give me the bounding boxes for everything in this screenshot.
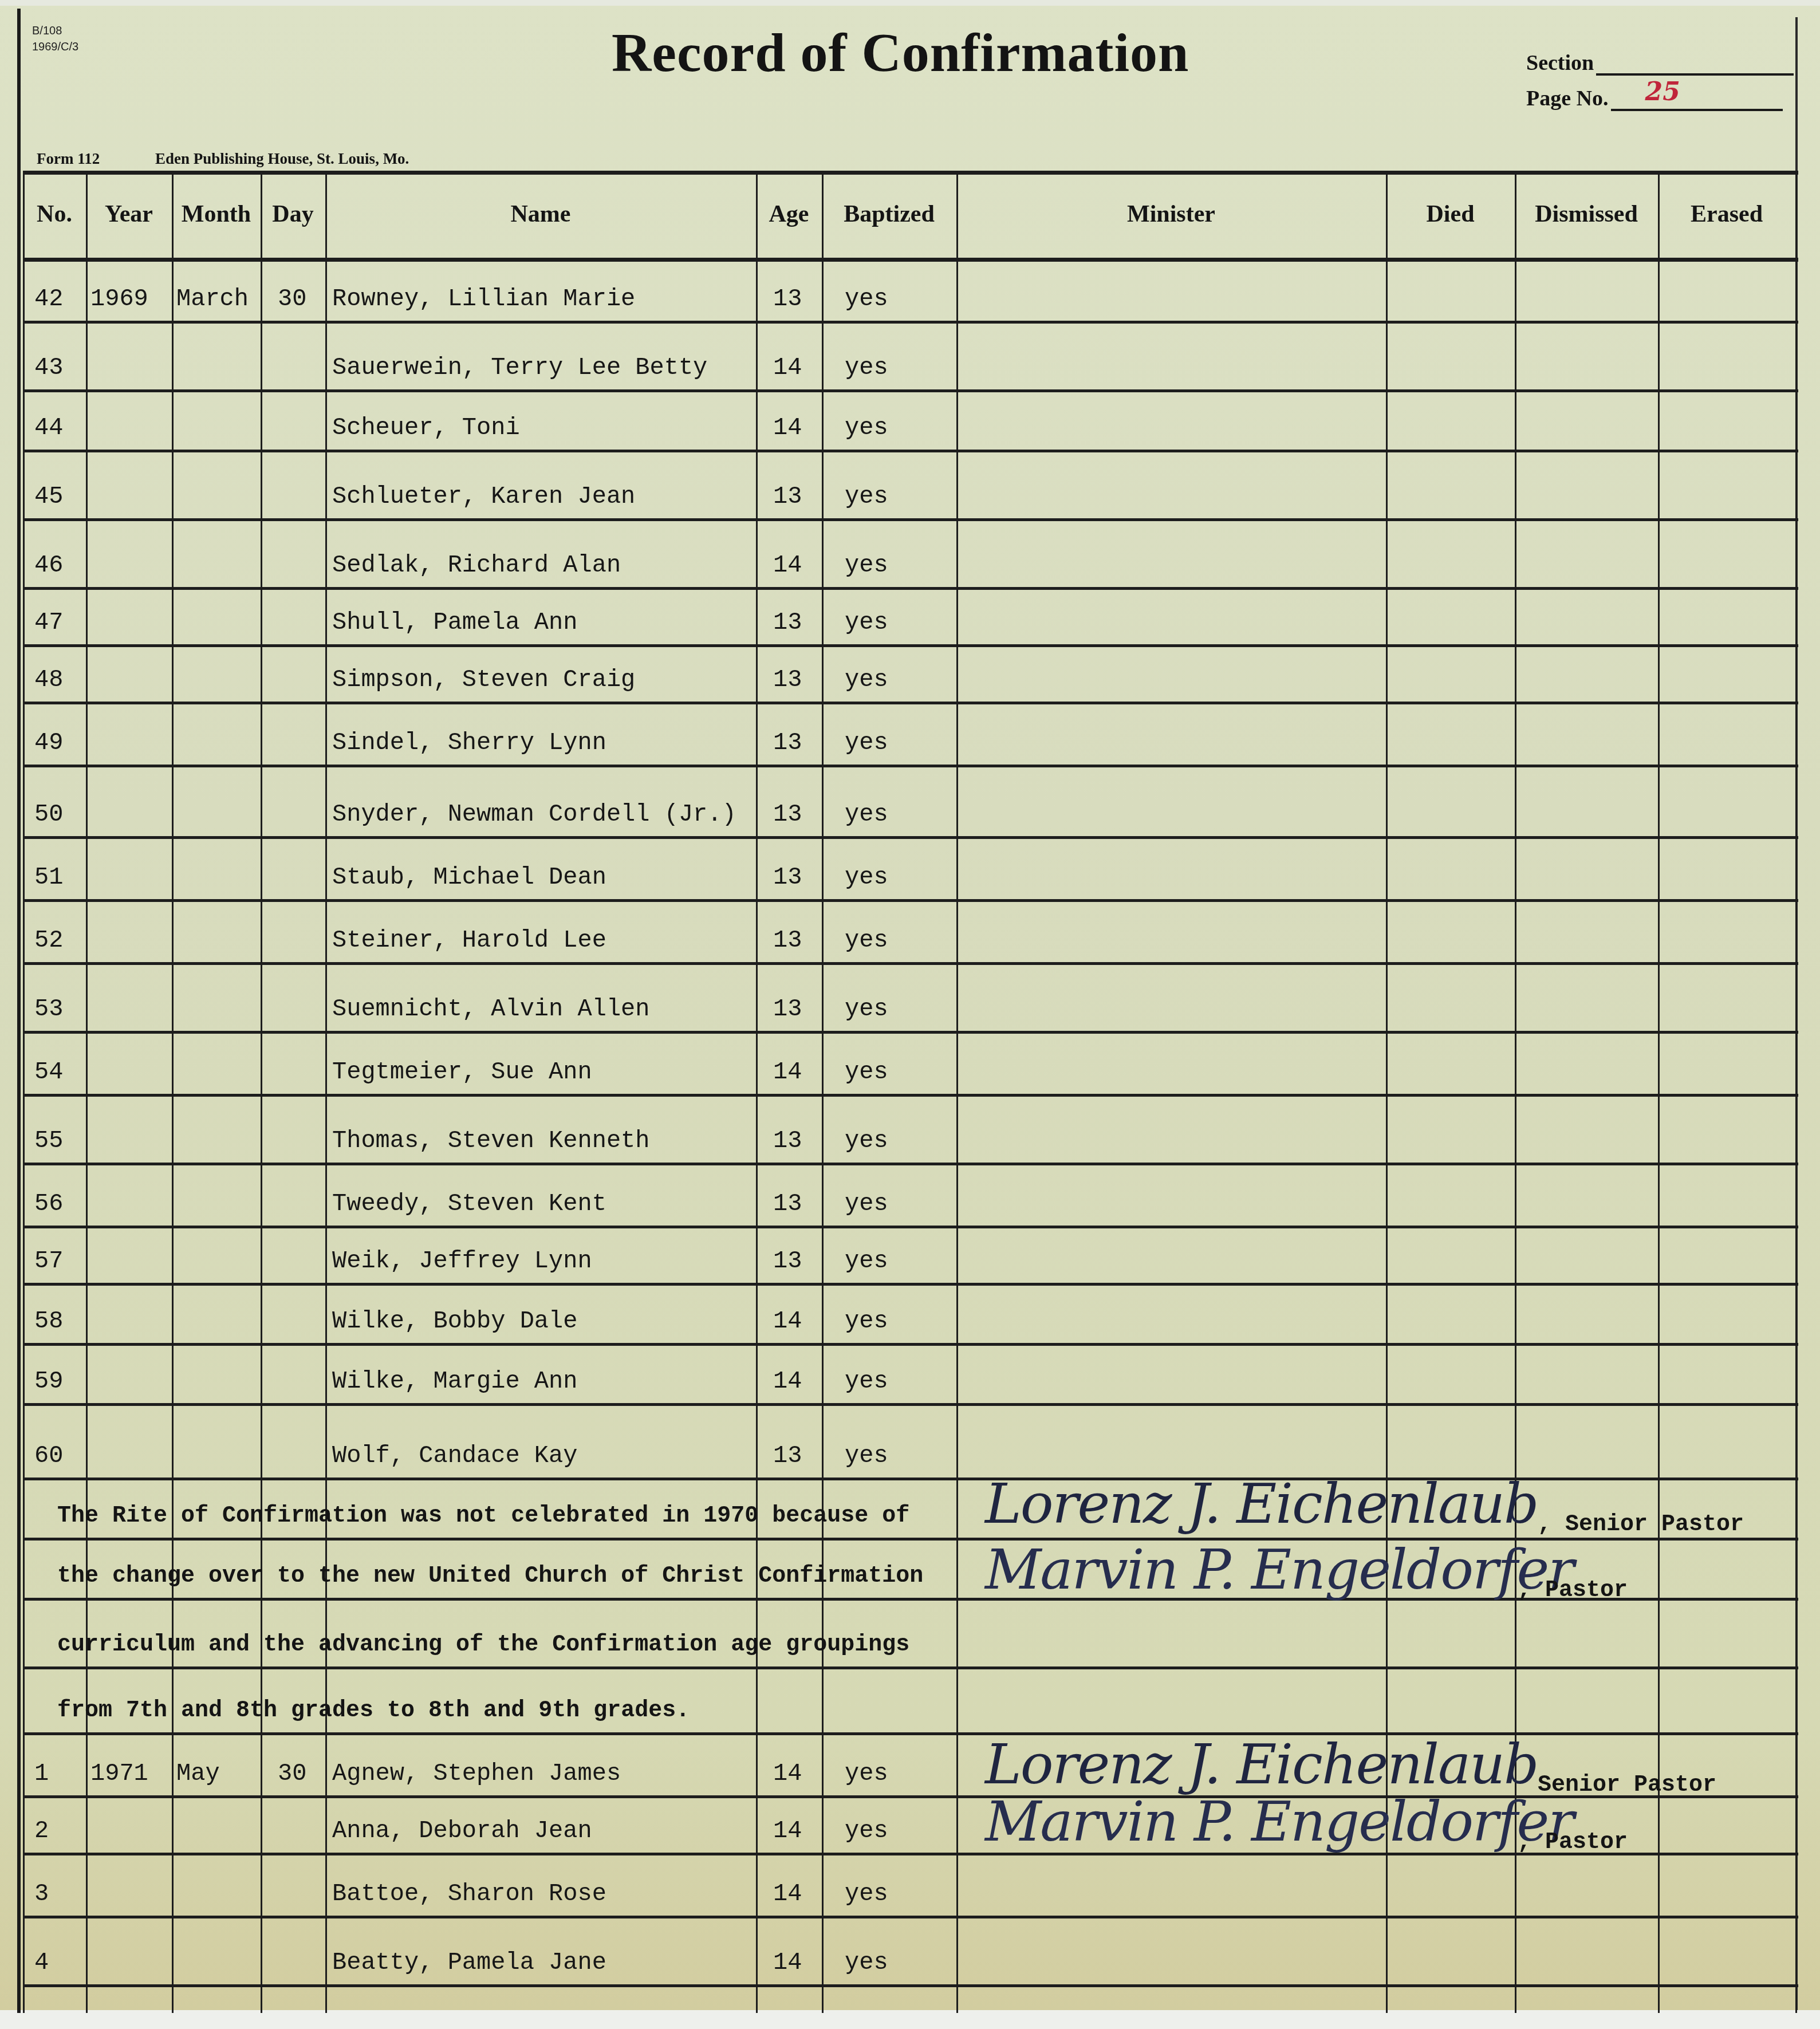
cell-no: 49 (34, 729, 63, 757)
cell-no: 3 (34, 1880, 49, 1908)
cell-no: 47 (34, 609, 63, 636)
cell-age: 13 (773, 927, 802, 954)
cell-baptized: yes (845, 1880, 888, 1908)
cell-baptized: yes (845, 1307, 888, 1335)
cell-year: 1971 (90, 1760, 148, 1787)
cell-name: Steiner, Harold Lee (332, 927, 606, 954)
cell-age: 13 (773, 483, 802, 510)
column-header-year: Year (86, 200, 172, 228)
pastor-signature: Marvin P. Engeldorfer (985, 1538, 1573, 1602)
cell-name: Wilke, Bobby Dale (332, 1307, 577, 1335)
cell-name: Rowney, Lillian Marie (332, 285, 635, 313)
cell-baptized: yes (845, 1760, 888, 1787)
cell-no: 2 (34, 1817, 49, 1845)
cell-no: 48 (34, 666, 63, 694)
cell-name: Shull, Pamela Ann (332, 609, 577, 636)
cell-no: 60 (34, 1442, 63, 1469)
cell-age: 14 (773, 354, 802, 381)
cell-age: 14 (773, 1307, 802, 1335)
column-header-name: Name (325, 200, 756, 228)
cell-baptized: yes (845, 1190, 888, 1218)
cell-no: 52 (34, 927, 63, 954)
cell-no: 43 (34, 354, 63, 381)
cell-baptized: yes (845, 414, 888, 442)
cell-age: 13 (773, 801, 802, 828)
pastor-role: , Pastor (1518, 1830, 1628, 1855)
archive-box: B/108 (32, 23, 78, 39)
cell-name: Agnew, Stephen James (332, 1760, 621, 1787)
cell-name: Weik, Jeffrey Lynn (332, 1247, 592, 1275)
cell-age: 13 (773, 285, 802, 313)
cell-baptized: yes (845, 1368, 888, 1395)
cell-age: 13 (773, 1190, 802, 1218)
publisher: Eden Publishing House, St. Louis, Mo. (155, 150, 409, 167)
column-header-minister: Minister (956, 200, 1386, 228)
cell-age: 13 (773, 729, 802, 757)
section-field: Section (1526, 50, 1794, 76)
form-number: Form 112 (37, 150, 100, 167)
cell-baptized: yes (845, 1949, 888, 1976)
cell-name: Sindel, Sherry Lynn (332, 729, 606, 757)
cell-baptized: yes (845, 1247, 888, 1275)
cell-baptized: yes (845, 609, 888, 636)
cell-year: 1969 (90, 285, 148, 313)
column-header-died: Died (1386, 200, 1515, 228)
page-number-line: 25 (1611, 103, 1783, 111)
cell-no: 54 (34, 1058, 63, 1086)
cell-age: 14 (773, 1880, 802, 1908)
note-line: the change over to the new United Church… (57, 1563, 923, 1589)
cell-day: 30 (278, 1760, 306, 1787)
section-label: Section (1526, 50, 1594, 76)
cell-baptized: yes (845, 483, 888, 510)
cell-name: Wilke, Margie Ann (332, 1368, 577, 1395)
cell-month: March (176, 285, 249, 313)
cell-no: 1 (34, 1760, 49, 1787)
cell-name: Tegtmeier, Sue Ann (332, 1058, 592, 1086)
cell-no: 46 (34, 551, 63, 579)
page-edge-right (1795, 17, 1798, 2010)
cell-age: 14 (773, 1058, 802, 1086)
cell-name: Tweedy, Steven Kent (332, 1190, 606, 1218)
cell-age: 13 (773, 1127, 802, 1155)
cell-age: 14 (773, 1760, 802, 1787)
cell-age: 14 (773, 1368, 802, 1395)
cell-baptized: yes (845, 666, 888, 694)
cell-age: 13 (773, 666, 802, 694)
cell-age: 13 (773, 1442, 802, 1469)
cell-age: 14 (773, 1949, 802, 1976)
column-header-month: Month (172, 200, 261, 228)
cell-name: Beatty, Pamela Jane (332, 1949, 606, 1976)
cell-day: 30 (278, 285, 306, 313)
column-header-dismissed: Dismissed (1515, 200, 1658, 228)
cell-no: 45 (34, 483, 63, 510)
pastor-role: , Senior Pastor (1538, 1512, 1744, 1538)
page-number-field: Page No. 25 (1526, 86, 1783, 111)
cell-baptized: yes (845, 864, 888, 891)
column-header-age: Age (756, 200, 822, 228)
cell-baptized: yes (845, 1058, 888, 1086)
cell-month: May (176, 1760, 220, 1787)
note-line: from 7th and 8th grades to 8th and 9th g… (57, 1698, 690, 1724)
cell-name: Schlueter, Karen Jean (332, 483, 635, 510)
column-header-day: Day (261, 200, 325, 228)
cell-no: 50 (34, 801, 63, 828)
cell-no: 57 (34, 1247, 63, 1275)
cell-baptized: yes (845, 551, 888, 579)
cell-no: 51 (34, 864, 63, 891)
cell-baptized: yes (845, 1127, 888, 1155)
cell-baptized: yes (845, 1442, 888, 1469)
cell-name: Battoe, Sharon Rose (332, 1880, 606, 1908)
page-title: Record of Confirmation (612, 21, 1189, 84)
ledger-page (0, 0, 1820, 2029)
section-line (1596, 68, 1794, 76)
cell-no: 59 (34, 1368, 63, 1395)
cell-baptized: yes (845, 285, 888, 313)
cell-name: Scheuer, Toni (332, 414, 520, 442)
note-line: The Rite of Confirmation was not celebra… (57, 1503, 909, 1529)
cell-no: 44 (34, 414, 63, 442)
cell-baptized: yes (845, 927, 888, 954)
pastor-signature: Marvin P. Engeldorfer (985, 1790, 1573, 1854)
cell-age: 14 (773, 551, 802, 579)
cell-name: Simpson, Steven Craig (332, 666, 635, 694)
pastor-signature: Lorenz J. Eichenlaub (985, 1472, 1538, 1536)
column-header-baptized: Baptized (822, 200, 956, 228)
cell-baptized: yes (845, 1817, 888, 1845)
cell-no: 42 (34, 285, 63, 313)
cell-age: 14 (773, 1817, 802, 1845)
note-line: curriculum and the advancing of the Conf… (57, 1632, 909, 1658)
cell-baptized: yes (845, 354, 888, 381)
cell-name: Staub, Michael Dean (332, 864, 606, 891)
cell-name: Sauerwein, Terry Lee Betty (332, 354, 707, 381)
cell-age: 13 (773, 609, 802, 636)
pastor-signature: Lorenz J. Eichenlaub (985, 1732, 1538, 1796)
binding-rule-left (17, 9, 21, 2013)
page-number-value: 25 (1645, 77, 1680, 107)
cell-baptized: yes (845, 729, 888, 757)
cell-baptized: yes (845, 995, 888, 1023)
cell-name: Suemnicht, Alvin Allen (332, 995, 650, 1023)
cell-no: 55 (34, 1127, 63, 1155)
cell-name: Snyder, Newman Cordell (Jr.) (332, 801, 736, 828)
cell-name: Wolf, Candace Kay (332, 1442, 577, 1469)
column-header-no: No. (23, 200, 86, 228)
scan-margin-bottom (0, 2010, 1820, 2029)
form-imprint: Form 112 Eden Publishing House, St. Loui… (37, 150, 460, 168)
cell-no: 56 (34, 1190, 63, 1218)
cell-age: 13 (773, 995, 802, 1023)
page-number-label: Page No. (1526, 86, 1609, 111)
cell-no: 4 (34, 1949, 49, 1976)
column-header-erased: Erased (1658, 200, 1795, 228)
cell-age: 13 (773, 1247, 802, 1275)
archive-file: 1969/C/3 (32, 39, 78, 55)
cell-name: Sedlak, Richard Alan (332, 551, 621, 579)
cell-name: Thomas, Steven Kenneth (332, 1127, 650, 1155)
cell-no: 53 (34, 995, 63, 1023)
cell-name: Anna, Deborah Jean (332, 1817, 592, 1845)
cell-no: 58 (34, 1307, 63, 1335)
archive-reference: B/108 1969/C/3 (32, 23, 78, 55)
cell-age: 13 (773, 864, 802, 891)
cell-age: 14 (773, 414, 802, 442)
cell-baptized: yes (845, 801, 888, 828)
pastor-role: , Pastor (1518, 1578, 1628, 1603)
scan-margin-top (0, 0, 1820, 6)
